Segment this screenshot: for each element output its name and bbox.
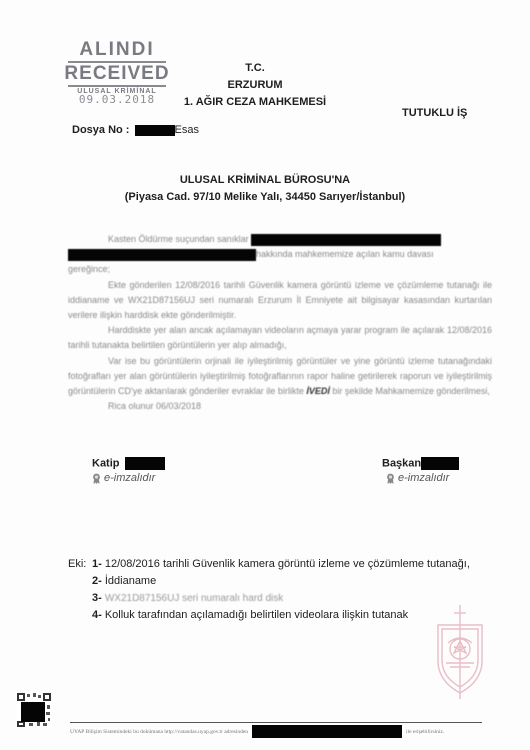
footer-text-a: UYAP Bilişim Sistemindeki bu dokümana ht… <box>70 729 248 735</box>
recipient-address: (Piyasa Cad. 97/10 Melike Yalı, 34450 Sa… <box>0 189 530 206</box>
court-header: T.C. ERZURUM 1. AĞIR CEZA MAHKEMESİ <box>180 60 330 111</box>
attachment-text: İddianame <box>105 573 156 590</box>
paragraph-2: Ekte gönderilen 12/08/2016 tarihli Güven… <box>68 278 492 324</box>
p4-text-b: bir şekilde Mahkamemize gönderilmesi, <box>332 386 490 396</box>
clerk-label: Katip <box>92 457 120 469</box>
attachment-num: 4- <box>92 607 102 624</box>
redacted-verification-code <box>252 725 402 738</box>
footer-notice: UYAP Bilişim Sistemindeki bu dokümana ht… <box>70 725 482 738</box>
header-court: 1. AĞIR CEZA MAHKEMESİ <box>180 94 330 111</box>
seal-icon <box>386 473 395 484</box>
closing-line: Rica olunur 06/03/2018 <box>68 399 492 414</box>
redacted-file-number <box>135 125 175 136</box>
attachment-text: 12/08/2016 tarihli Güvenlik kamera görün… <box>105 556 470 573</box>
header-city: ERZURUM <box>180 77 330 94</box>
stamp-divider <box>68 85 166 87</box>
stamp-received: RECEIVED <box>62 64 172 84</box>
stamp-date: 09.03.2018 <box>62 95 172 105</box>
attachment-item: 4- Kolluk tarafından açılamadığı belirti… <box>68 607 470 624</box>
p1-text-c: gereğince; <box>68 262 492 277</box>
p1-text-b: hakkında mahkememize açılan kamu davası <box>256 249 434 259</box>
attachment-text: Kolluk tarafından açılamadığı belirtilen… <box>105 607 408 624</box>
header-country: T.C. <box>180 60 330 77</box>
paragraph-4: Var ise bu görüntülerin orjinali ile iyi… <box>68 354 492 400</box>
president-esign: e-imzalıdır <box>386 472 459 484</box>
clerk-esign-text: e-imzalıdır <box>104 472 155 484</box>
attachment-num: 3- <box>92 590 102 607</box>
president-esign-text: e-imzalıdır <box>398 472 449 484</box>
attachment-num: 2- <box>92 573 102 590</box>
footer-text-b: ile erişebilirsiniz. <box>406 729 444 735</box>
president-signature: Başkan e-imzalıdır <box>382 457 459 484</box>
redacted-clerk-name <box>125 457 165 470</box>
emblem-watermark <box>432 603 488 703</box>
stamp-alindi: ALINDI <box>62 40 172 60</box>
redacted-president-name <box>421 457 459 470</box>
file-number-suffix: Esas <box>175 124 199 136</box>
redacted-qr <box>21 702 45 722</box>
p1-text-a: Kasten Öldürme suçundan sanıklar <box>108 234 249 244</box>
attachment-item: 3- WX21D87156UJ seri numaralı hard disk <box>68 590 470 607</box>
attachment-item: Eki: 1- 12/08/2016 tarihli Güvenlik kame… <box>68 556 470 573</box>
paragraph-1: Kasten Öldürme suçundan sanıklar <box>68 232 492 247</box>
attachments-label: Eki: <box>68 556 92 573</box>
clerk-signature: Katip e-imzalıdır <box>92 457 165 484</box>
president-label: Başkan <box>382 457 421 469</box>
recipient-block: ULUSAL KRİMİNAL BÜROSU'NA (Piyasa Cad. 9… <box>0 172 530 206</box>
footer-divider <box>70 722 482 723</box>
attachment-num: 1- <box>92 556 102 573</box>
paragraph-1-cont: hakkında mahkememize açılan kamu davası <box>68 247 492 262</box>
redacted-defendants-2 <box>68 249 256 261</box>
received-stamp: ALINDI RECEIVED ULUSAL KRİMİNAL 09.03.20… <box>62 40 172 105</box>
case-status: TUTUKLU İŞ <box>402 107 467 119</box>
seal-icon <box>92 473 101 484</box>
attachment-item: 2- İddianame <box>68 573 470 590</box>
file-number: Dosya No : Esas <box>72 124 199 136</box>
file-number-label: Dosya No : <box>72 124 129 136</box>
paragraph-3: Harddiskte yer alan ancak açılamayan vid… <box>68 323 492 353</box>
attachments-list: Eki: 1- 12/08/2016 tarihli Güvenlik kame… <box>68 556 470 624</box>
p4-emphasis: İVEDİ <box>306 386 330 396</box>
attachment-text: WX21D87156UJ seri numaralı hard disk <box>105 590 283 607</box>
recipient-name: ULUSAL KRİMİNAL BÜROSU'NA <box>0 172 530 189</box>
qr-code <box>17 693 51 727</box>
letter-body: Kasten Öldürme suçundan sanıklar hakkınd… <box>68 232 492 414</box>
redacted-defendants <box>251 234 441 246</box>
clerk-esign: e-imzalıdır <box>92 472 165 484</box>
